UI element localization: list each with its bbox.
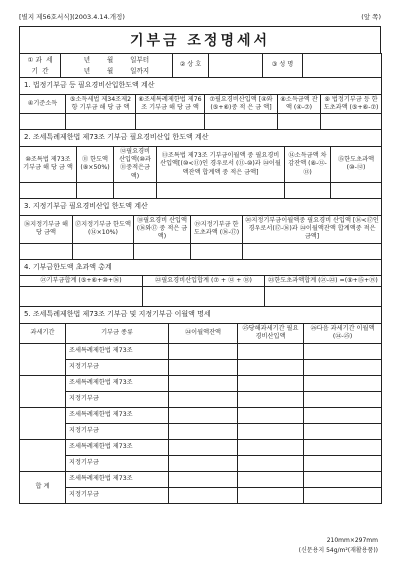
form-meta-line: [별지 제56호서식](2003.4.14.개정) (앞 쪽) [19, 12, 381, 21]
s1-value-cell [321, 114, 382, 130]
s5-value-cell [169, 343, 238, 359]
table-row: 조세특례제한법 제73조 [20, 375, 382, 391]
s5-kind-label: 조세특례제한법 제73조 [66, 471, 169, 487]
table-row: ① 과 세 기 간 년 월 일부터 년 월 일까지 ② 상 호 ③ 성 명 [20, 54, 382, 78]
s5-value-cell [304, 423, 382, 439]
s4-header-cell: ㉑기부금합계 (⑤+⑥+⑩+⑯) [20, 276, 143, 287]
s5-value-cell [169, 407, 238, 423]
s5-value-cell [238, 423, 304, 439]
s5-value-cell [169, 375, 238, 391]
section5-table: 5. 조세특례제한법 제73조 기부금 및 지정기부금 이월액 명세 과세기간 … [19, 306, 382, 503]
s5-value-cell [238, 407, 304, 423]
section4-heading: 4. 기부금한도액 초과액 총계 [20, 259, 382, 275]
s5-kind-label: 지정기부금 [66, 455, 169, 471]
period-to-line: 년 월 일까지 [63, 66, 170, 77]
s2-header-cell: ⑪ 한도액 (⑧×50%) [77, 146, 114, 182]
table-row: 조세특례제한법 제73조 [20, 407, 382, 423]
table-row: 지정기부금 [20, 391, 382, 407]
s3-header-cell: ⑱필요경비 산입액(⑯와⑰ 중 적은 금액) [134, 215, 191, 243]
table-row [20, 114, 382, 130]
form-page: [별지 제56호서식](2003.4.14.개정) (앞 쪽) 기부금 조정명세… [19, 12, 381, 504]
s5-kind-label: 조세특례제한법 제73조 [66, 375, 169, 391]
s1-value-cell [205, 114, 278, 130]
s2-value-cell [114, 183, 157, 199]
s3-header-cell: ⑰지정기부금 한도액(⑭×10%) [73, 215, 134, 243]
info-table: ① 과 세 기 간 년 월 일부터 년 월 일까지 ② 상 호 ③ 성 명 [19, 53, 382, 78]
s5-header-cell: 과세기간 [20, 323, 66, 343]
table-row: ⑯지정기부금 해당 금액 ⑰지정기부금 한도액(⑭×10%) ⑱필요경비 산입액… [20, 215, 382, 243]
table-row: ㉑기부금합계 (⑤+⑥+⑩+⑯) ㉒필요경비산입합계 (⑦ + ⑫ + ⑱) ㉓… [20, 276, 382, 287]
taxable-period-label: ① 과 세 기 간 [20, 54, 61, 78]
table-row [20, 183, 382, 199]
table-row: 3. 지정기부금 필요경비산입 한도액 계산 [20, 199, 382, 215]
s1-value-cell [20, 114, 66, 130]
s4-value-cell [20, 287, 143, 307]
s5-value-cell [304, 407, 382, 423]
s5-header-cell: ㉖다음 과세기간 이월액(㉔-㉕) [304, 323, 382, 343]
person-name-label: ③ 성 명 [263, 54, 303, 78]
s5-value-cell [238, 487, 304, 503]
s5-period-cell [20, 439, 66, 471]
table-row: ⑩조특법 제73조 기부금 해 당 금 액 ⑪ 한도액 (⑧×50%) ⑫필요경… [20, 146, 382, 182]
table-row: 지정기부금 [20, 455, 382, 471]
s5-value-cell [169, 423, 238, 439]
table-row: 조세특례제한법 제73조 [20, 343, 382, 359]
s3-header-cell: ⑲지정기부금 한도초과액 (⑯-⑰) [191, 215, 243, 243]
s5-period-cell [20, 375, 66, 407]
s5-value-cell [169, 455, 238, 471]
s2-header-cell: ⑬조특법 제73조 기부금이월액 중 필요경비산입액[(⑩<⑪)인 경우로서 (… [157, 146, 285, 182]
table-row: 합 계 조세특례제한법 제73조 [20, 471, 382, 487]
s5-value-cell [304, 471, 382, 487]
s5-header-cell: 기부금 종류 [66, 323, 169, 343]
period-from-line: 년 월 일부터 [63, 55, 170, 66]
s5-value-cell [304, 391, 382, 407]
s5-value-cell [304, 359, 382, 375]
section3-table: 3. 지정기부금 필요경비산입 한도액 계산 ⑯지정기부금 해당 금액 ⑰지정기… [19, 198, 382, 260]
s3-value-cell [134, 243, 191, 259]
form-title: 기부금 조정명세서 [19, 26, 381, 54]
s3-value-cell [20, 243, 73, 259]
section3-heading: 3. 지정기부금 필요경비산입 한도액 계산 [20, 199, 382, 215]
table-row: 1. 법정기부금 등 필요경비산입한도액 계산 [20, 78, 382, 94]
s2-value-cell [157, 183, 285, 199]
s1-value-cell [136, 114, 205, 130]
table-row: 지정기부금 [20, 359, 382, 375]
s5-value-cell [304, 439, 382, 455]
person-name-field [303, 54, 382, 78]
page-footer: 210mm×297mm (신문용지 54g/m²(재활용품)) [299, 536, 378, 556]
s5-value-cell [304, 455, 382, 471]
s5-period-cell [20, 407, 66, 439]
page-side-label: (앞 쪽) [361, 12, 381, 21]
section2-heading: 2. 조세특례제한법 제73조 기부금 필요경비산입 한도액 계산 [20, 130, 382, 146]
table-row: 2. 조세특례제한법 제73조 기부금 필요경비산입 한도액 계산 [20, 130, 382, 146]
s5-value-cell [169, 439, 238, 455]
s5-value-cell [304, 343, 382, 359]
s5-value-cell [238, 359, 304, 375]
s1-value-cell [66, 114, 136, 130]
s2-header-cell: ⑫필요경비 산입액(⑩과 ⑪중적은금액) [114, 146, 157, 182]
s4-value-cell [143, 287, 265, 307]
s5-header-cell: ㉔이월액잔액 [169, 323, 238, 343]
s1-header-cell: ⑥조세특례제한법 제76조 기부금 해 당 금 액 [136, 94, 205, 114]
s3-header-cell: ⑯지정기부금 해당 금액 [20, 215, 73, 243]
s4-header-cell: ㉓한도초과액합계 (㉑-㉒) =(⑨+⑮+⑲) [265, 276, 382, 287]
table-row [20, 287, 382, 307]
s3-value-cell [73, 243, 134, 259]
s2-header-cell: ⑭소득금액 차감잔액 (⑧-⑫-⑬) [285, 146, 331, 182]
table-row: 5. 조세특례제한법 제73조 기부금 및 지정기부금 이월액 명세 [20, 307, 382, 323]
s5-value-cell [238, 343, 304, 359]
s1-header-cell: ④기준소득 [20, 94, 66, 114]
s5-kind-label: 지정기부금 [66, 423, 169, 439]
s5-value-cell [238, 439, 304, 455]
paper-type-note: (신문용지 54g/m²(재활용품)) [299, 546, 378, 556]
s4-value-cell [265, 287, 382, 307]
s1-header-cell: ⑨ 법정기부금 등 한도초과액 (⑤+⑥-⑦) [321, 94, 382, 114]
s5-value-cell [238, 391, 304, 407]
paper-size-note: 210mm×297mm [299, 536, 378, 546]
s2-header-cell: ⑩조특법 제73조 기부금 해 당 금 액 [20, 146, 77, 182]
s1-header-cell: ⑤소득세법 제34조제2항 기부금 해 당 금 액 [66, 94, 136, 114]
s1-header-cell: ⑦필요경비산입액 [④와(⑤+⑥)중 적 은 금 액] [205, 94, 278, 114]
s5-total-label: 합 계 [20, 471, 66, 503]
s5-value-cell [304, 487, 382, 503]
table-row [20, 243, 382, 259]
table-row: 지정기부금 [20, 487, 382, 503]
s5-value-cell [169, 359, 238, 375]
section5-heading: 5. 조세특례제한법 제73조 기부금 및 지정기부금 이월액 명세 [20, 307, 382, 323]
table-row: 4. 기부금한도액 초과액 총계 [20, 259, 382, 275]
s5-value-cell [169, 391, 238, 407]
table-row: 과세기간 기부금 종류 ㉔이월액잔액 ㉕당해과세기간 필요경비산입액 ㉖다음 과… [20, 323, 382, 343]
section1-heading: 1. 법정기부금 등 필요경비산입한도액 계산 [20, 78, 382, 94]
s2-value-cell [285, 183, 331, 199]
form-reference: [별지 제56호서식](2003.4.14.개정) [19, 12, 125, 21]
s2-value-cell [77, 183, 114, 199]
trade-name-field [209, 54, 263, 78]
s5-kind-label: 조세특례제한법 제73조 [66, 343, 169, 359]
taxable-period-field: 년 월 일부터 년 월 일까지 [61, 54, 173, 78]
taxable-period-label-line1: ① 과 세 [22, 55, 58, 66]
s5-value-cell [238, 455, 304, 471]
s5-kind-label: 지정기부금 [66, 359, 169, 375]
taxable-period-label-line2: 기 간 [22, 66, 58, 77]
s5-value-cell [304, 375, 382, 391]
s3-value-cell [191, 243, 243, 259]
s1-value-cell [278, 114, 321, 130]
section1-table: 1. 법정기부금 등 필요경비산입한도액 계산 ④기준소득 ⑤소득세법 제34조… [19, 77, 382, 130]
s2-header-cell: ⑮한도초과액 (⑩-⑫) [331, 146, 382, 182]
trade-name-label: ② 상 호 [173, 54, 209, 78]
s3-header-cell: ⑳지정기부금이월액중 필요경비 산입액 [⑯<⑰인경우로서(⑰-⑯)과 ㉔이월액… [243, 215, 382, 243]
table-row: 지정기부금 [20, 423, 382, 439]
s5-value-cell [169, 487, 238, 503]
s5-kind-label: 지정기부금 [66, 391, 169, 407]
table-row: 조세특례제한법 제73조 [20, 439, 382, 455]
table-row: ④기준소득 ⑤소득세법 제34조제2항 기부금 해 당 금 액 ⑥조세특례제한법… [20, 94, 382, 114]
s5-period-cell [20, 343, 66, 375]
s1-header-cell: ⑧소득금액 잔 액 (④-⑦) [278, 94, 321, 114]
s5-kind-label: 지정기부금 [66, 487, 169, 503]
s2-value-cell [331, 183, 382, 199]
s4-header-cell: ㉒필요경비산입합계 (⑦ + ⑫ + ⑱) [143, 276, 265, 287]
s5-value-cell [169, 471, 238, 487]
s5-value-cell [238, 375, 304, 391]
s2-value-cell [20, 183, 77, 199]
section2-table: 2. 조세특례제한법 제73조 기부금 필요경비산입 한도액 계산 ⑩조특법 제… [19, 129, 382, 199]
s5-value-cell [238, 471, 304, 487]
s5-kind-label: 조세특례제한법 제73조 [66, 439, 169, 455]
s3-value-cell [243, 243, 382, 259]
s5-header-cell: ㉕당해과세기간 필요경비산입액 [238, 323, 304, 343]
section4-table: 4. 기부금한도액 초과액 총계 ㉑기부금합계 (⑤+⑥+⑩+⑯) ㉒필요경비산… [19, 259, 382, 308]
s5-kind-label: 조세특례제한법 제73조 [66, 407, 169, 423]
